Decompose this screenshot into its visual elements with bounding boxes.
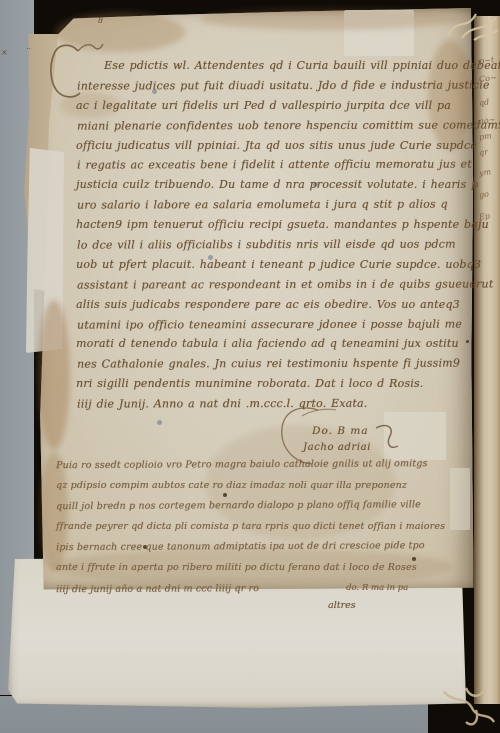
text-line: officiu judicatus vill ppiniai. Jta qd u…	[76, 136, 468, 156]
fore-edge-text-fragment: pm	[478, 131, 492, 141]
text-line: interesse judices put fuit diuadi usitat…	[77, 75, 469, 96]
margin-mark: 8	[98, 16, 103, 25]
binding-thread-top-icon	[446, 4, 500, 48]
text-line: Ese pdictis wl. Attendentes qd i Curia b…	[76, 56, 468, 76]
text-line: lo dce vill i aliis officialibs i subdit…	[77, 235, 469, 256]
text-line: qz pdipsio compim aubtos cate ro diaz im…	[56, 476, 468, 497]
text-line: morati d tenendo tabula i alia faciendo …	[76, 334, 468, 354]
text-line: aliis suis judicabs respondere pare ac e…	[76, 295, 468, 315]
text-line: Puia ro ssedt coplioio vro Petro magra b…	[56, 454, 468, 477]
text-line: hacten9 ipm tenuerut officiu recipi gsue…	[76, 215, 468, 235]
margin-mark: ..	[26, 42, 31, 51]
text-line: quill jol bredn p nos cortegem bernardo …	[56, 495, 468, 518]
fore-edge-text-fragment: ym	[478, 167, 491, 177]
fore-edge-text-fragment: qr	[478, 147, 488, 157]
fore-edge-text-fragment: go	[478, 189, 489, 199]
text-line: ac i legalitate uri fidelis uri Ped d va…	[76, 96, 468, 116]
text-line: uob ut pfert placuit. habeant i teneant …	[76, 255, 468, 275]
fore-edge-text-fragment: qd	[478, 97, 489, 107]
binding-thread-bottom-icon	[436, 682, 498, 732]
registration-note-block: Puia ro ssedt coplioio vro Petro magra b…	[56, 455, 468, 599]
text-line: iiij die Junij. Anno a nat dni .m.ccc.l.…	[77, 394, 469, 415]
stain	[38, 300, 70, 450]
chancery-signature-line1: Do. B ma	[312, 425, 369, 437]
text-line: miani plenarie confidentes uob tenore hs…	[77, 115, 469, 136]
text-line: utamini ipo officio teneamini assecurare…	[77, 314, 469, 335]
text-line: nes Cathalonie gnales. Jn cuius rei test…	[77, 354, 469, 375]
chancery-signature-line2: Jacho adriai	[303, 442, 371, 453]
margin-mark: ×	[1, 48, 8, 57]
text-line: ipis bernach cree que tanonum admiptatis…	[56, 536, 468, 559]
text-line: uro salario i labore ea salaria emolumet…	[77, 195, 469, 216]
text-line: nri sigilli pendentis munimine roborata.…	[76, 374, 468, 394]
note-tail-word: altres	[328, 600, 356, 611]
stain	[200, 8, 460, 30]
text-line: i regatis ac exceatis bene i fidelit i a…	[77, 155, 469, 176]
text-line: assistant i pareant ac respondeant in et…	[77, 274, 469, 295]
text-line: justicia cuilz tribuendo. Du tame d nra …	[76, 175, 468, 195]
note-signature: do. R ma in pa	[346, 583, 408, 593]
text-line: ante i ffrute in aperta po ribero militi…	[56, 558, 468, 579]
manuscript-photo: p~tCo~qdao~pmqrymgoEp Ese pdictis wl. At…	[0, 0, 500, 733]
ink-dot	[157, 420, 162, 425]
text-line: ffrande peyrer qd dicta pli comista p ta…	[56, 517, 468, 538]
main-text-block: Ese pdictis wl. Attendentes qd i Curia b…	[76, 56, 468, 414]
